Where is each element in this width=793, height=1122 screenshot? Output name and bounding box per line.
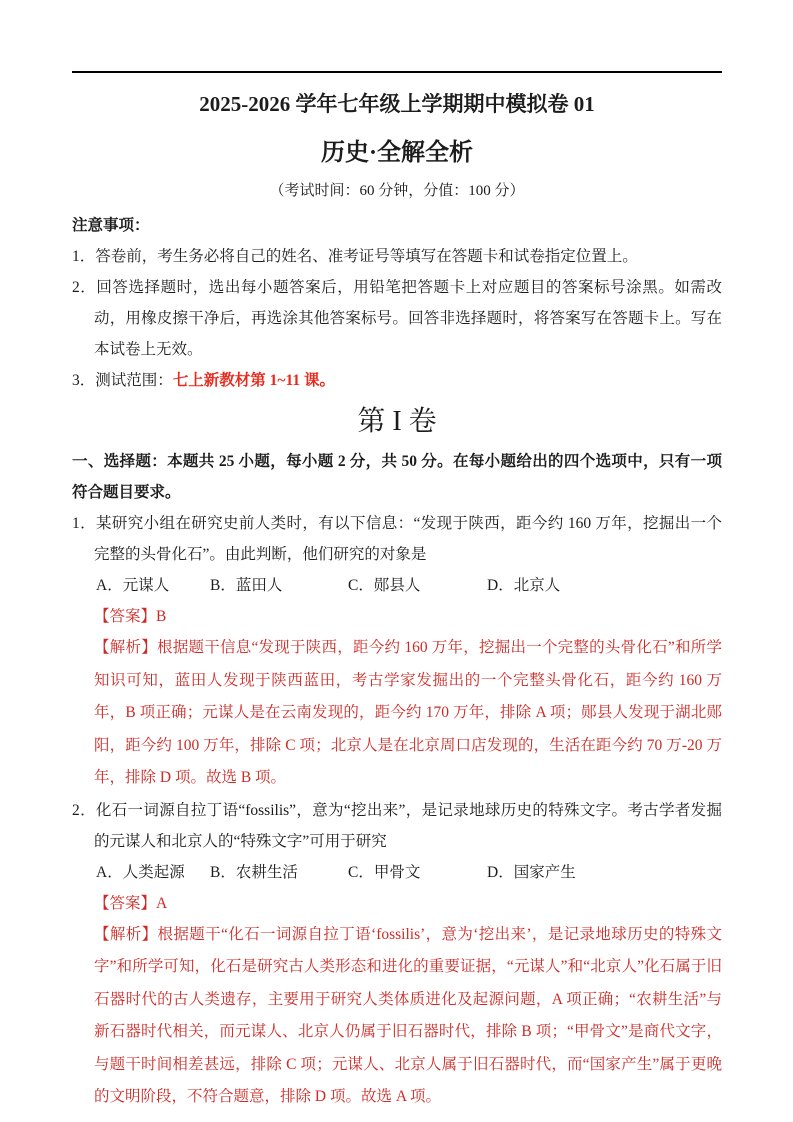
notice-item-3-highlight: 七上新教材第 1~11 课。 — [173, 372, 335, 389]
question-2-answer: 【答案】A — [94, 888, 722, 919]
question-2-answer-label: 【答案】 — [94, 895, 156, 912]
page-content: 2025-2026 学年七年级上学期期中模拟卷 01 历史·全解全析 （考试时间… — [0, 0, 793, 1114]
question-2-stem-text: 化石一词源自拉丁语“fossilis”，意为“挖出来”，是记录地球历史的特殊文字… — [94, 802, 722, 850]
notice-item-2-number: 2． — [72, 279, 96, 296]
question-2-option-c: C．甲骨文 — [348, 857, 487, 888]
question-2-option-b: B．农耕生活 — [210, 857, 348, 888]
exam-paper-page: 2025-2026 学年七年级上学期期中模拟卷 01 历史·全解全析 （考试时间… — [0, 0, 793, 1122]
question-1-option-b: B．蓝田人 — [210, 570, 348, 601]
notice-item-2: 2．回答选择题时，选出每小题答案后，用铅笔把答题卡上对应题目的答案标号涂黑。如需… — [72, 272, 722, 365]
part1-heading: 第 I 卷 — [72, 402, 722, 442]
question-2-answer-value: A — [156, 895, 167, 912]
notice-item-3: 3．测试范围：七上新教材第 1~11 课。 — [72, 365, 722, 396]
question-2-options: A．人类起源 B．农耕生活 C．甲骨文 D．国家产生 — [96, 857, 722, 888]
question-1-stem: 1．某研究小组在研究史前人类时，有以下信息：“发现于陕西，距今约 160 万年，… — [72, 508, 722, 570]
notice-item-1-number: 1． — [72, 248, 95, 265]
question-1-analysis-text: 根据题干信息“发现于陕西，距今约 160 万年，挖掘出一个完整的头骨化石”和所学… — [94, 639, 722, 786]
exam-title: 2025-2026 学年七年级上学期期中模拟卷 01 — [72, 89, 722, 119]
question-1-analysis-label: 【解析】 — [94, 639, 157, 656]
notice-item-2-text: 回答选择题时，选出每小题答案后，用铅笔把答题卡上对应题目的答案标号涂黑。如需改动… — [94, 279, 722, 358]
question-2-stem: 2．化石一词源自拉丁语“fossilis”，意为“挖出来”，是记录地球历史的特殊… — [72, 795, 722, 857]
question-1-analysis: 【解析】根据题干信息“发现于陕西，距今约 160 万年，挖掘出一个完整的头骨化石… — [94, 632, 722, 795]
question-2-analysis-label: 【解析】 — [94, 926, 157, 943]
question-1-stem-text: 某研究小组在研究史前人类时，有以下信息：“发现于陕西，距今约 160 万年，挖掘… — [94, 515, 722, 563]
question-1-options: A．元谋人 B．蓝田人 C．郧县人 D．北京人 — [96, 570, 722, 601]
notice-item-3-text: 测试范围： — [95, 372, 173, 389]
question-1-option-c: C．郧县人 — [348, 570, 487, 601]
question-2: 2．化石一词源自拉丁语“fossilis”，意为“挖出来”，是记录地球历史的特殊… — [72, 795, 722, 1114]
notice-item-1-text: 答卷前，考生务必将自己的姓名、准考证号等填写在答题卡和试卷指定位置上。 — [95, 248, 638, 265]
question-1-option-d: D．北京人 — [487, 570, 722, 601]
notice-item-1: 1．答卷前，考生务必将自己的姓名、准考证号等填写在答题卡和试卷指定位置上。 — [72, 241, 722, 272]
question-2-option-a: A．人类起源 — [96, 857, 210, 888]
exam-subject-title: 历史·全解全析 — [72, 137, 722, 170]
question-2-number: 2． — [72, 802, 96, 819]
top-divider — [72, 71, 722, 73]
notice-item-3-number: 3． — [72, 372, 95, 389]
question-2-option-d: D．国家产生 — [487, 857, 722, 888]
question-1: 1．某研究小组在研究史前人类时，有以下信息：“发现于陕西，距今约 160 万年，… — [72, 508, 722, 795]
question-1-answer-label: 【答案】 — [94, 608, 156, 625]
question-1-option-a: A．元谋人 — [96, 570, 210, 601]
question-1-answer: 【答案】B — [94, 601, 722, 632]
exam-meta: （考试时间：60 分钟，分值：100 分） — [72, 180, 722, 202]
section1-intro: 一、选择题：本题共 25 小题，每小题 2 分，共 50 分。在每小题给出的四个… — [72, 446, 722, 508]
question-2-analysis: 【解析】根据题干“化石一词源自拉丁语‘fossilis’，意为‘挖出来’，是记录… — [94, 919, 722, 1114]
notice-heading: 注意事项： — [72, 210, 722, 241]
question-2-analysis-text: 根据题干“化石一词源自拉丁语‘fossilis’，意为‘挖出来’，是记录地球历史… — [94, 926, 722, 1106]
question-1-answer-value: B — [156, 608, 166, 625]
question-1-number: 1． — [72, 515, 96, 532]
